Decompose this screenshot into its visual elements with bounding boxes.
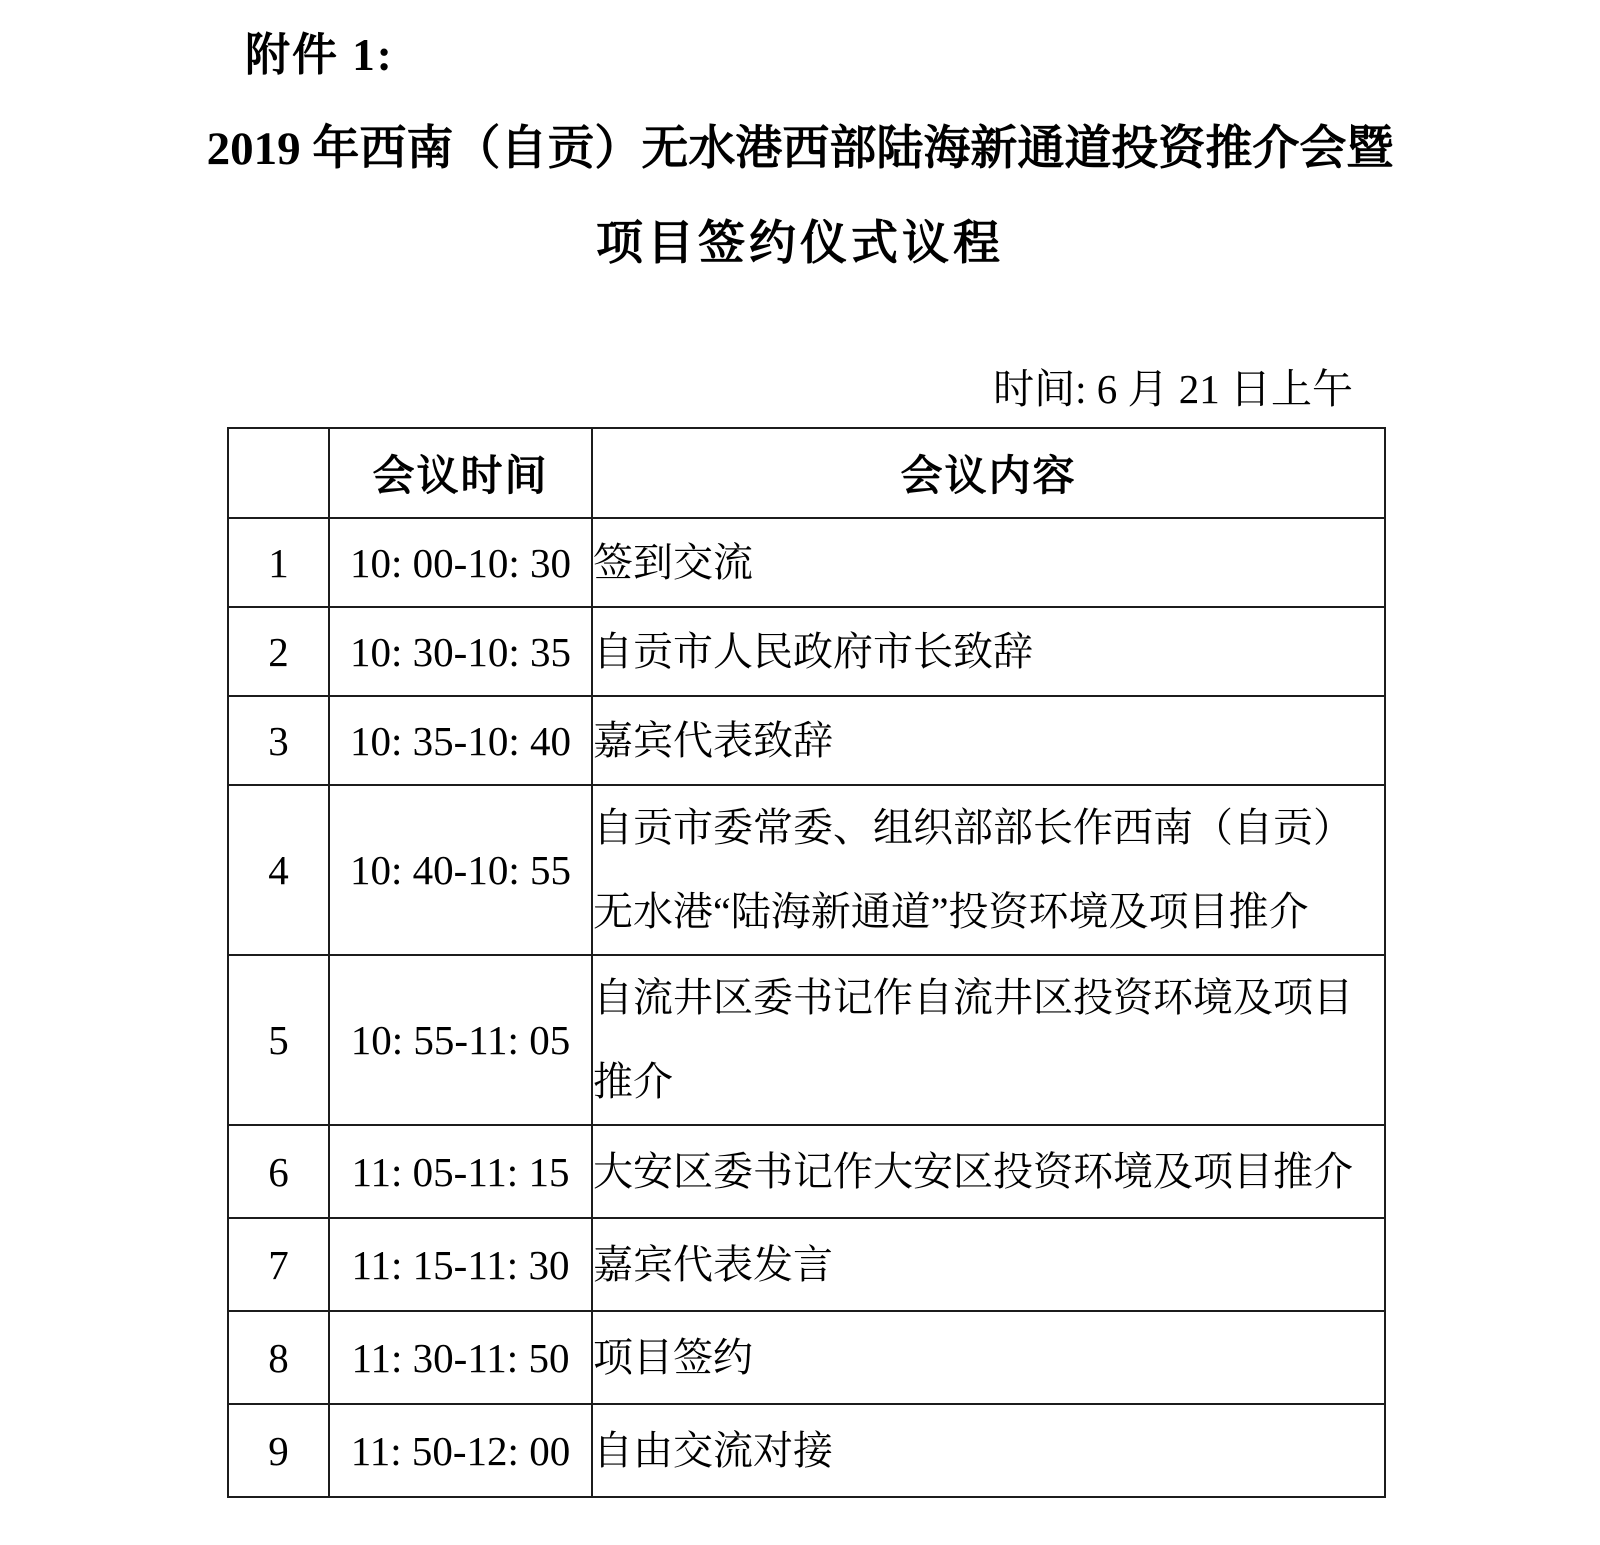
table-row: 6 11: 05-11: 15 大安区委书记作大安区投资环境及项目推介 [228,1125,1385,1218]
row-number: 2 [228,607,329,696]
row-content: 自贡市人民政府市长致辞 [592,607,1385,696]
table-header-row: 会议时间 会议内容 [228,428,1385,518]
row-number: 9 [228,1404,329,1497]
row-content: 自贡市委常委、组织部部长作西南（自贡） 无水港“陆海新通道”投资环境及项目推介 [592,785,1385,955]
table-row: 5 10: 55-11: 05 自流井区委书记作自流井区投资环境及项目 推介 [228,955,1385,1125]
header-cell-meeting-time: 会议时间 [329,428,592,518]
table-row: 1 10: 00-10: 30 签到交流 [228,518,1385,607]
header-cell-meeting-content: 会议内容 [592,428,1385,518]
row-number: 4 [228,785,329,955]
row-number: 7 [228,1218,329,1311]
row-content: 嘉宾代表发言 [592,1218,1385,1311]
row-content: 大安区委书记作大安区投资环境及项目推介 [592,1125,1385,1218]
document-page: 附件 1: 2019 年西南（自贡）无水港西部陆海新通道投资推介会暨 项目签约仪… [0,0,1600,1545]
row-number: 6 [228,1125,329,1218]
meeting-time-note: 时间: 6 月 21 日上午 [227,356,1353,415]
document-title-line-2: 项目签约仪式议程 [0,206,1600,273]
row-content: 签到交流 [592,518,1385,607]
row-time: 10: 30-10: 35 [329,607,592,696]
row-time: 11: 30-11: 50 [329,1311,592,1404]
row-time: 11: 05-11: 15 [329,1125,592,1218]
row-time: 10: 55-11: 05 [329,955,592,1125]
row-time: 11: 50-12: 00 [329,1404,592,1497]
row-time: 11: 15-11: 30 [329,1218,592,1311]
row-content: 项目签约 [592,1311,1385,1404]
agenda-table: 会议时间 会议内容 1 10: 00-10: 30 签到交流 2 10: 30-… [227,427,1386,1498]
row-time: 10: 35-10: 40 [329,696,592,785]
table-row: 4 10: 40-10: 55 自贡市委常委、组织部部长作西南（自贡） 无水港“… [228,785,1385,955]
table-row: 8 11: 30-11: 50 项目签约 [228,1311,1385,1404]
table-row: 9 11: 50-12: 00 自由交流对接 [228,1404,1385,1497]
row-number: 8 [228,1311,329,1404]
row-content: 嘉宾代表致辞 [592,696,1385,785]
header-cell-index [228,428,329,518]
table-row: 3 10: 35-10: 40 嘉宾代表致辞 [228,696,1385,785]
row-time: 10: 40-10: 55 [329,785,592,955]
attachment-label: 附件 1: [245,18,394,83]
row-number: 3 [228,696,329,785]
row-number: 5 [228,955,329,1125]
document-title-line-1: 2019 年西南（自贡）无水港西部陆海新通道投资推介会暨 [0,111,1600,178]
row-content: 自流井区委书记作自流井区投资环境及项目 推介 [592,955,1385,1125]
table-row: 2 10: 30-10: 35 自贡市人民政府市长致辞 [228,607,1385,696]
row-content: 自由交流对接 [592,1404,1385,1497]
table-row: 7 11: 15-11: 30 嘉宾代表发言 [228,1218,1385,1311]
row-time: 10: 00-10: 30 [329,518,592,607]
row-number: 1 [228,518,329,607]
